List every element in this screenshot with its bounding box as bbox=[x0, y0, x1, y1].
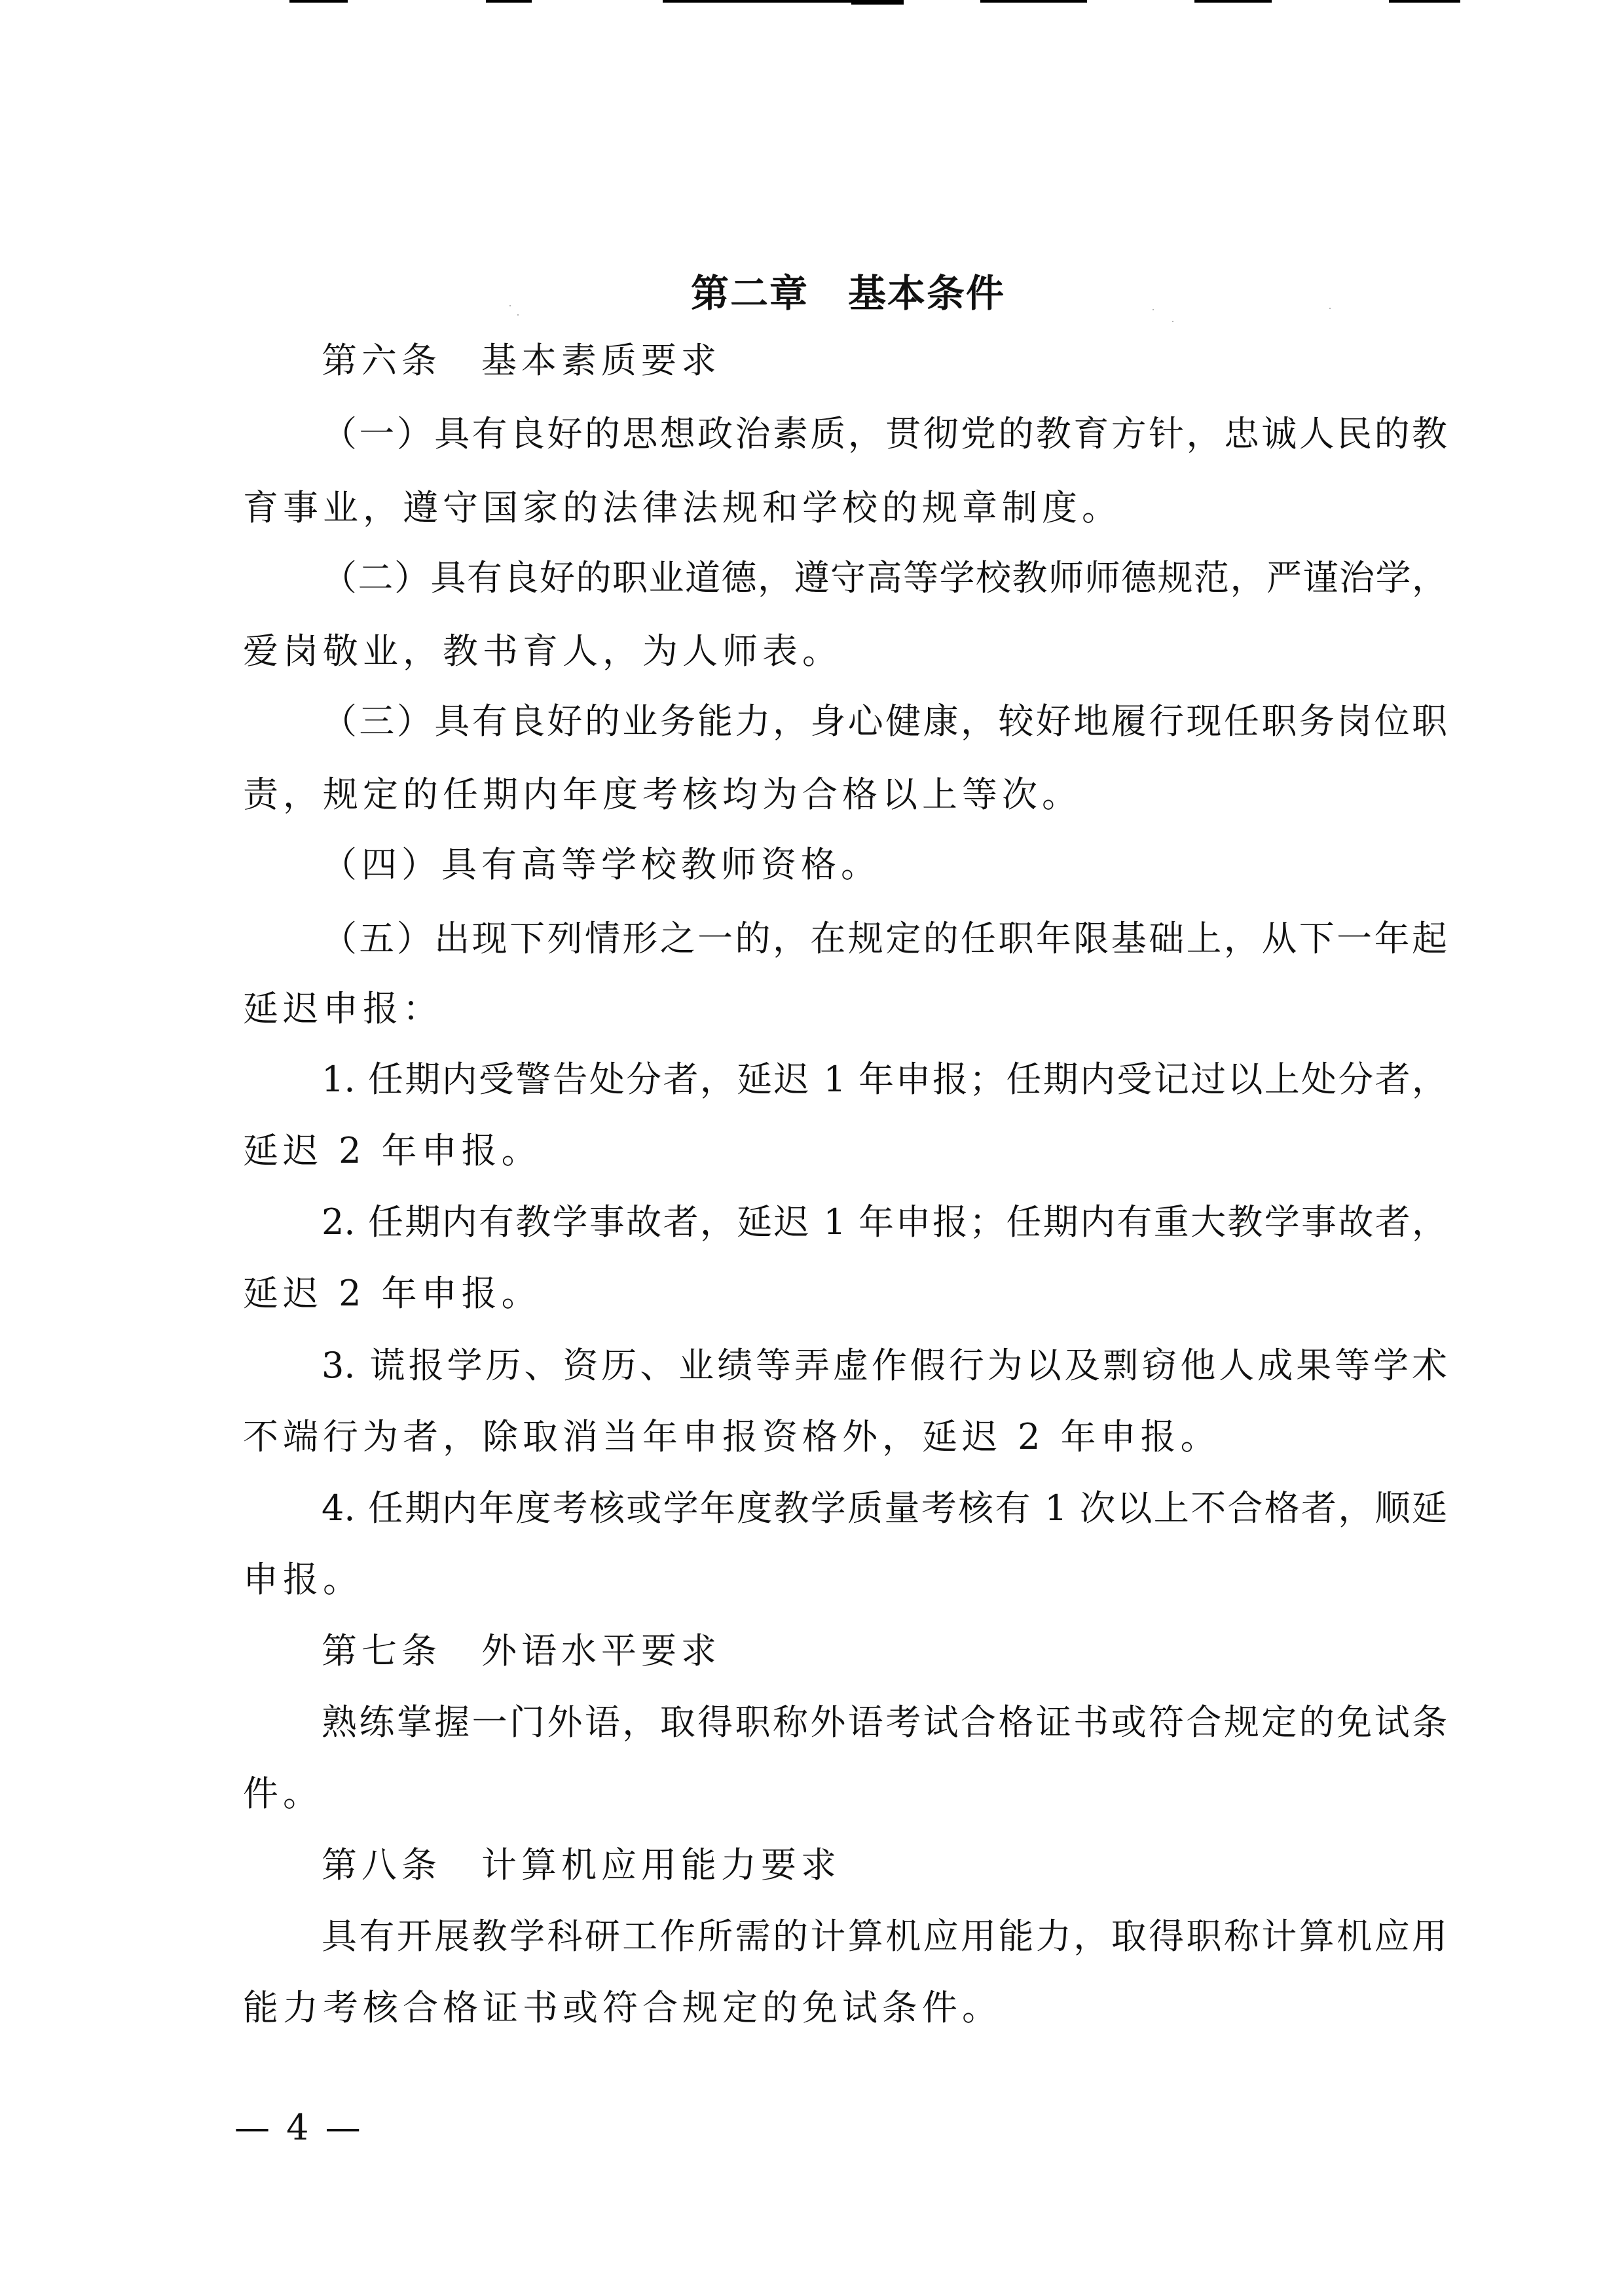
paragraph-line: 件。 bbox=[243, 1771, 1447, 1817]
article-heading: 第七条 外语水平要求 bbox=[322, 1628, 1447, 1674]
scan-artifact-line bbox=[851, 0, 904, 5]
scan-artifact-line bbox=[1389, 0, 1460, 3]
list-item-line: 1. 任期内受警告处分者，延迟 1 年申报；任期内受记过以上处分者， bbox=[322, 1057, 1447, 1102]
paragraph-line: 育事业，遵守国家的法律法规和学校的规章制度。 bbox=[243, 485, 1447, 531]
paragraph-line: 具有开展教学科研工作所需的计算机应用能力，取得职称计算机应用 bbox=[322, 1914, 1447, 1959]
list-item-line: 3. 谎报学历、资历、业绩等弄虚作假行为以及剽窃他人成果等学术 bbox=[322, 1343, 1447, 1389]
paragraph-line: （五）出现下列情形之一的，在规定的任职年限基础上，从下一年起 bbox=[322, 916, 1447, 962]
scan-noise bbox=[1329, 308, 1331, 309]
list-item-line: 4. 任期内年度考核或学年度教学质量考核有 1 次以上不合格者，顺延 bbox=[322, 1485, 1447, 1531]
paragraph-line: 责，规定的任期内年度考核均为合格以上等次。 bbox=[243, 772, 1447, 818]
list-item-line: 延迟 2 年申报。 bbox=[243, 1271, 1447, 1317]
list-item-line: 2. 任期内有教学事故者，延迟 1 年申报；任期内有重大教学事故者， bbox=[322, 1199, 1447, 1245]
paragraph-line: （四）具有高等学校教师资格。 bbox=[322, 842, 1447, 888]
paragraph-line: （二）具有良好的职业道德，遵守高等学校教师师德规范，严谨治学， bbox=[322, 555, 1447, 601]
chapter-title: 第二章 基本条件 bbox=[691, 270, 999, 317]
list-item-line: 不端行为者，除取消当年申报资格外，延迟 2 年申报。 bbox=[243, 1414, 1447, 1460]
scan-noise bbox=[509, 305, 511, 306]
paragraph-line: 能力考核合格证书或符合规定的免试条件。 bbox=[243, 1985, 1447, 2031]
list-item-line: 申报。 bbox=[243, 1557, 1447, 1603]
scan-noise bbox=[1153, 309, 1154, 310]
article-heading: 第六条 基本素质要求 bbox=[322, 338, 1447, 384]
scan-artifact-line bbox=[289, 0, 348, 3]
paragraph-line: 熟练掌握一门外语，取得职称外语考试合格证书或符合规定的免试条 bbox=[322, 1700, 1447, 1745]
scan-noise bbox=[517, 314, 519, 316]
scan-noise bbox=[1172, 321, 1173, 322]
list-item-line: 延迟 2 年申报。 bbox=[243, 1128, 1447, 1174]
paragraph-line: （一）具有良好的思想政治素质，贯彻党的教育方针，忠诚人民的教 bbox=[322, 411, 1447, 457]
scan-artifact-line bbox=[1194, 0, 1272, 3]
paragraph-line: 爱岗敬业，教书育人，为人师表。 bbox=[243, 629, 1447, 674]
article-heading: 第八条 计算机应用能力要求 bbox=[322, 1842, 1447, 1888]
scan-artifact-line bbox=[486, 0, 532, 3]
page-number: — 4 — bbox=[234, 2105, 363, 2151]
paragraph-line: 延迟申报： bbox=[243, 986, 1447, 1032]
paragraph-line: （三）具有良好的业务能力，身心健康，较好地履行现任职务岗位职 bbox=[322, 699, 1447, 744]
scan-artifact-line bbox=[980, 0, 1087, 3]
